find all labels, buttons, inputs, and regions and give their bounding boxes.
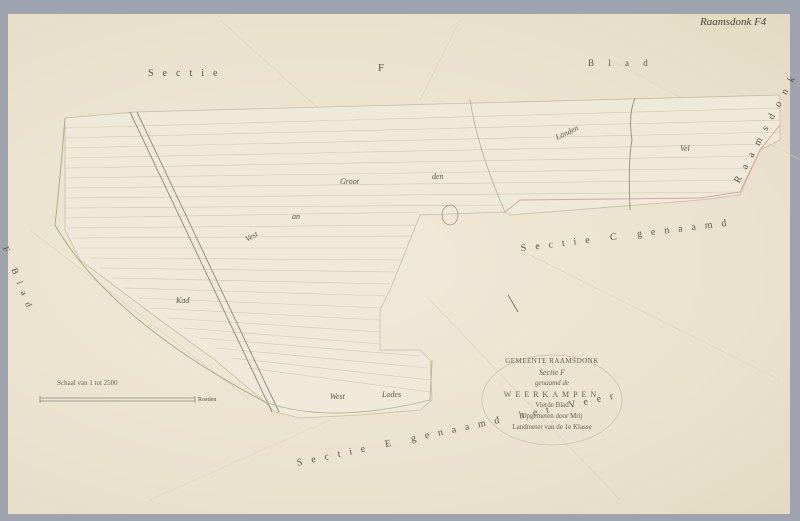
title-cartouche: GEMEENTE RAAMSDONK Sectie F genaamd de W… bbox=[486, 356, 618, 442]
cartouche-surveyed: Opgemeten door Mrij bbox=[486, 411, 618, 422]
cartouche-sheet: Vierde Blad bbox=[486, 400, 618, 411]
scale-bar bbox=[40, 396, 195, 403]
scale-unit: Roeden bbox=[198, 397, 216, 403]
label-section-letter: F bbox=[378, 62, 384, 74]
sheet-reference: Raamsdonk F4 bbox=[700, 16, 766, 28]
field-name-an: an bbox=[292, 212, 300, 221]
field-name-kad: Kad bbox=[176, 296, 189, 305]
cartouche-surveyor: Landmeter van de 1e Klasse bbox=[486, 422, 618, 433]
label-blad-top: B l a d bbox=[588, 58, 654, 68]
cartouche-section: Sectie F bbox=[486, 367, 618, 378]
label-sectie-top: Sectie bbox=[148, 68, 226, 79]
field-name-groot: Groot bbox=[340, 177, 359, 186]
field-name-lodes: Lodes bbox=[382, 390, 401, 399]
cartouche-called: genaamd de bbox=[486, 378, 618, 389]
field-name-vel: Vel bbox=[680, 144, 690, 153]
field-name-west: West bbox=[330, 392, 345, 401]
scale-label: Schaal van 1 tot 2500 bbox=[57, 379, 118, 387]
cartouche-name: WEERKAMPEN bbox=[486, 389, 618, 400]
field-name-den: den bbox=[432, 172, 444, 181]
cartouche-municipality: GEMEENTE RAAMSDONK bbox=[486, 356, 618, 367]
